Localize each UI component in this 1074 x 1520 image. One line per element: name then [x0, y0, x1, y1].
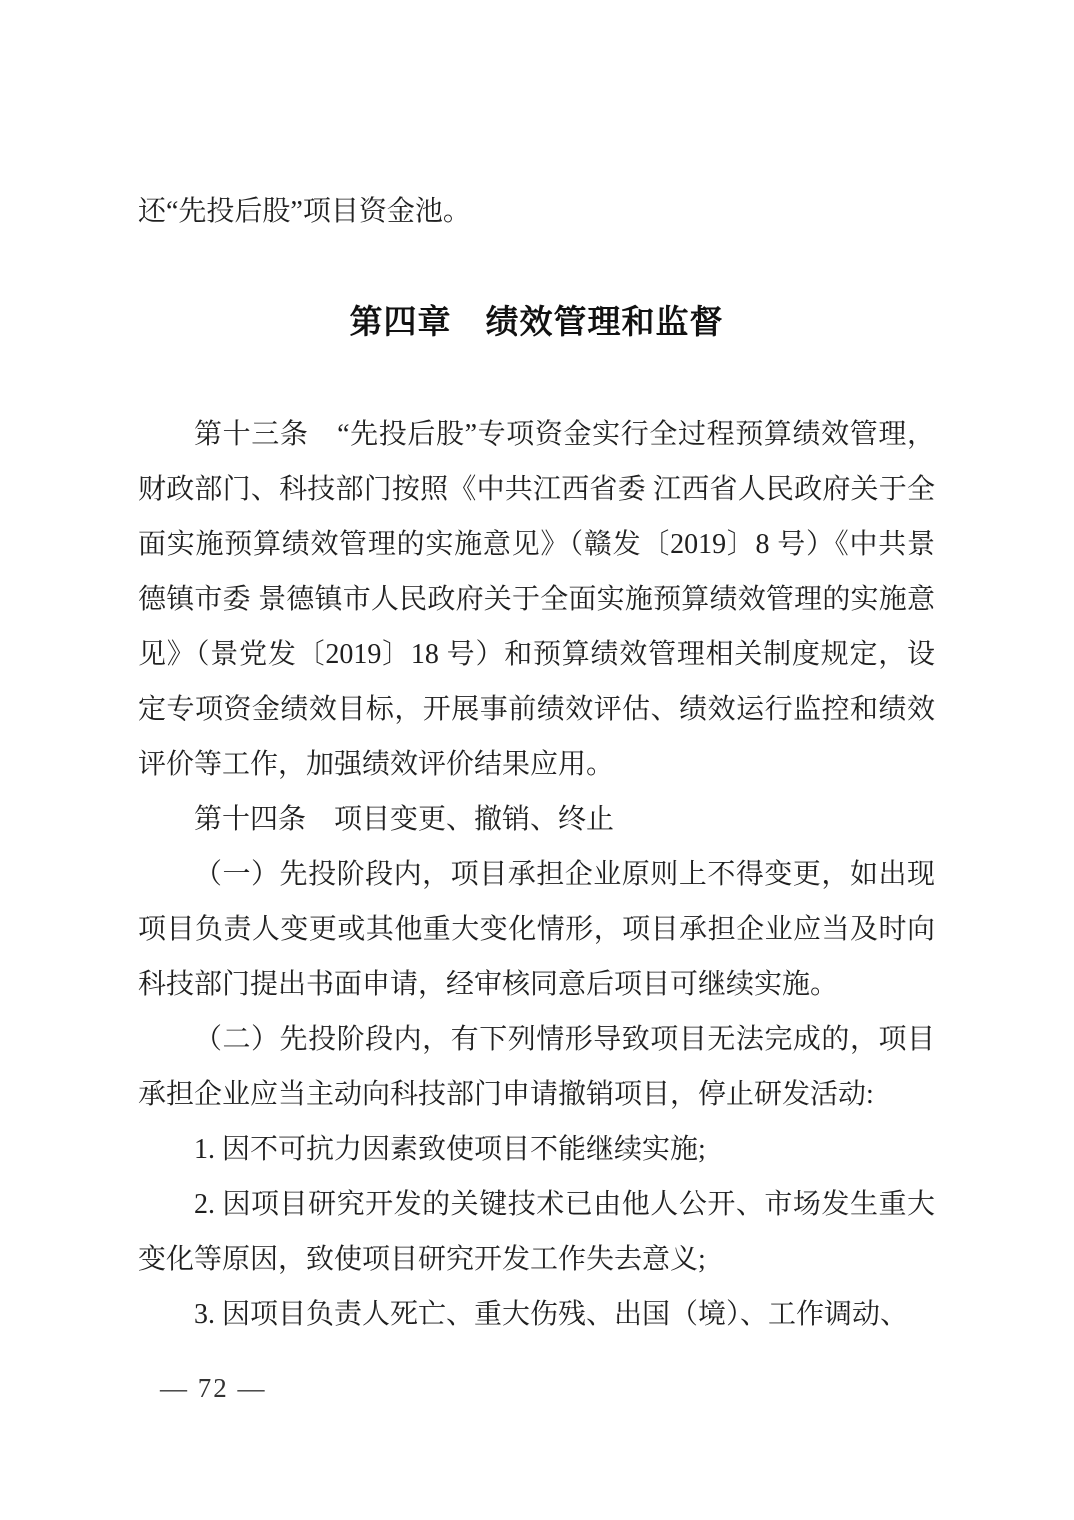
article-14-item-2-paragraph: （二）先投阶段内，有下列情形导致项目无法完成的，项目承担企业应当主动向科技部门申… — [138, 1012, 935, 1122]
document-page: 还“先投后股”项目资金池。 第四章 绩效管理和监督 第十三条 “先投后股”专项资… — [0, 0, 1074, 1520]
list-item-3: 3. 因项目负责人死亡、重大伤残、出国（境）、工作调动、 — [138, 1287, 935, 1342]
list-item-2: 2. 因项目研究开发的关键技术已由他人公开、市场发生重大变化等原因，致使项目研究… — [138, 1177, 935, 1287]
article-14-item-1-paragraph: （一）先投阶段内，项目承担企业原则上不得变更，如出现项目负责人变更或其他重大变化… — [138, 847, 935, 1012]
article-13-paragraph: 第十三条 “先投后股”专项资金实行全过程预算绩效管理，财政部门、科技部门按照《中… — [138, 407, 935, 792]
intro-paragraph-continuation: 还“先投后股”项目资金池。 — [138, 184, 935, 239]
chapter-heading: 第四章 绩效管理和监督 — [138, 294, 935, 349]
article-14-heading-paragraph: 第十四条 项目变更、撤销、终止 — [138, 792, 935, 847]
document-body: 第十三条 “先投后股”专项资金实行全过程预算绩效管理，财政部门、科技部门按照《中… — [138, 407, 935, 1342]
page-number-footer: — 72 — — [138, 1368, 935, 1408]
list-item-1: 1. 因不可抗力因素致使项目不能继续实施; — [138, 1122, 935, 1177]
